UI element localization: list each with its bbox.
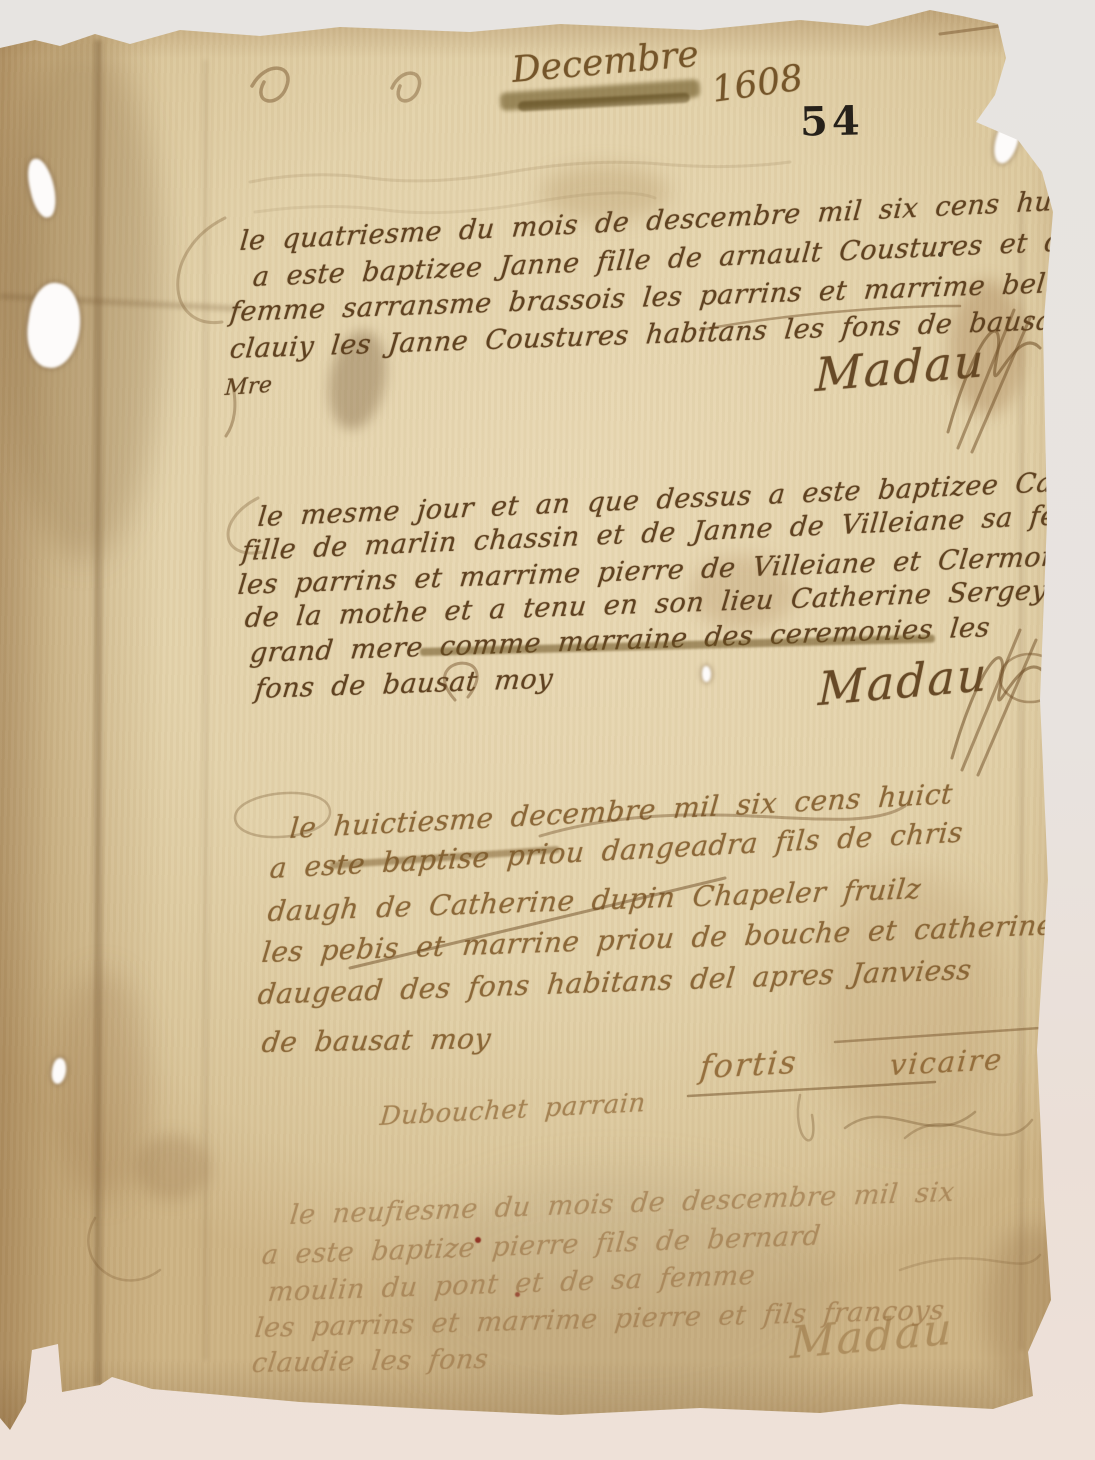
scanner-background: Decembre 1608 54 le quatriesme du mois d… (0, 0, 1095, 1460)
corner-tear-sliver (990, 114, 1024, 166)
stain (985, 1225, 1080, 1390)
manuscript-line: claudie les fons (250, 1344, 490, 1379)
manuscript-page: Decembre 1608 54 le quatriesme du mois d… (0, 0, 1095, 1460)
page-number-stamp: 54 (800, 97, 864, 145)
signature-madau-2: Madau (818, 647, 989, 716)
stain (135, 1135, 210, 1200)
tear-hole (702, 666, 711, 682)
header-year: 1608 (709, 57, 805, 110)
fold-shadow (0, 40, 165, 560)
signature-fortis: fortis (698, 1043, 799, 1086)
manuscript-line: fons de bausat moy (253, 664, 554, 706)
manuscript-marginal-mark: Mre (224, 373, 273, 402)
manuscript-line: de bausat moy (260, 1022, 493, 1059)
marginal-note-dubouchet: Dubouchet parrain (379, 1088, 647, 1132)
signature-fortis-title: vicaire (889, 1042, 1005, 1082)
